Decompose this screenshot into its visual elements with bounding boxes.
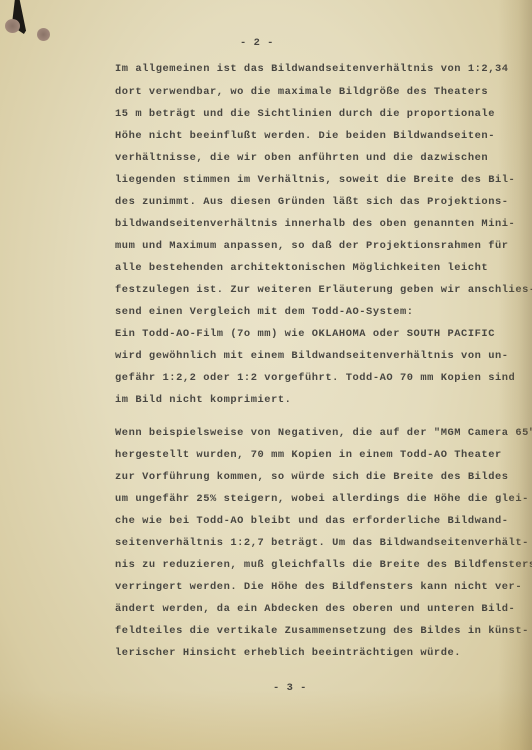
text-line: liegenden stimmen im Verhältnis, soweit …: [115, 174, 515, 186]
page-number-header: - 2 -: [240, 37, 274, 49]
text-line: gefähr 1:2,2 oder 1:2 vorgeführt. Todd-A…: [115, 372, 515, 384]
text-line: bildwandseitenverhältnis innerhalb des o…: [115, 218, 515, 230]
text-line: mum und Maximum anpassen, so daß der Pro…: [115, 240, 509, 252]
document-page: - 2 - Im allgemeinen ist das Bildwandsei…: [0, 0, 532, 750]
text-line: verhältnisse, die wir oben anführten und…: [115, 152, 488, 164]
text-line: che wie bei Todd-AO bleibt und das erfor…: [115, 515, 509, 527]
text-line: nis zu reduzieren, muß gleichfalls die B…: [115, 559, 532, 571]
text-line: Ein Todd-AO-Film (7o mm) wie OKLAHOMA od…: [115, 328, 495, 340]
text-line: 15 m beträgt und die Sichtlinien durch d…: [115, 108, 495, 120]
text-line: des zunimmt. Aus diesen Gründen läßt sic…: [115, 196, 509, 208]
text-line: alle bestehenden architektonischen Mögli…: [115, 262, 488, 274]
text-line: im Bild nicht komprimiert.: [115, 394, 291, 406]
text-line: Wenn beispielsweise von Negativen, die a…: [115, 427, 532, 439]
text-line: wird gewöhnlich mit einem Bildwandseiten…: [115, 350, 509, 362]
text-line: send einen Vergleich mit dem Todd-AO-Sys…: [115, 306, 414, 318]
text-line: feldteiles die vertikale Zusammensetzung…: [115, 625, 529, 637]
text-line: festzulegen ist. Zur weiteren Erläuterun…: [115, 284, 532, 296]
text-line: zur Vorführung kommen, so würde sich die…: [115, 471, 509, 483]
text-line: lerischer Hinsicht erheblich beeinträcht…: [115, 647, 461, 659]
text-line: Im allgemeinen ist das Bildwandseitenver…: [115, 63, 509, 75]
text-line: hergestellt wurden, 70 mm Kopien in eine…: [115, 449, 502, 461]
page-number-footer: - 3 -: [273, 682, 307, 694]
text-line: dort verwendbar, wo die maximale Bildgrö…: [115, 86, 488, 98]
text-line: Höhe nicht beeinflußt werden. Die beiden…: [115, 130, 495, 142]
punch-hole: [37, 28, 50, 41]
punch-hole: [5, 19, 20, 33]
text-line: verringert werden. Die Höhe des Bildfens…: [115, 581, 522, 593]
text-line: um ungefähr 25% steigern, wobei allerdin…: [115, 493, 529, 505]
text-line: ändert werden, da ein Abdecken des obere…: [115, 603, 515, 615]
text-line: seitenverhältnis 1:2,7 beträgt. Um das B…: [115, 537, 529, 549]
